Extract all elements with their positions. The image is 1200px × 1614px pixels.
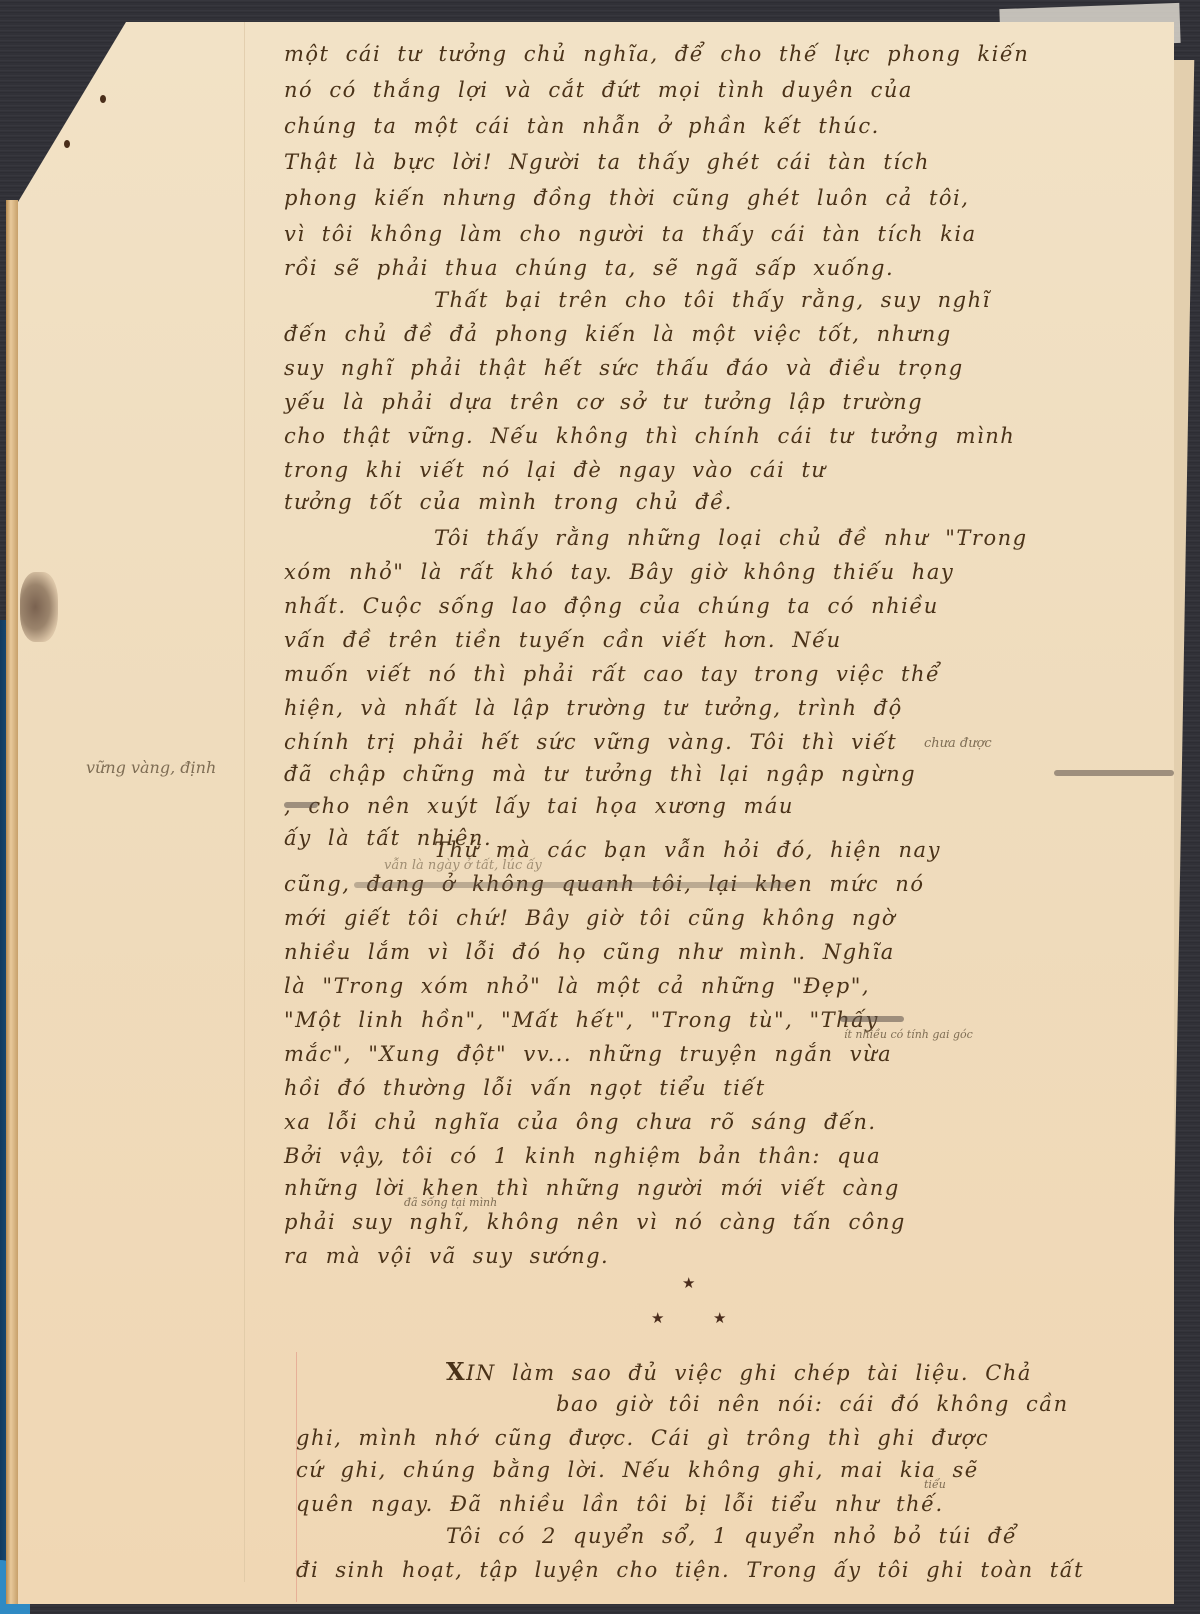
- drop-initial: X: [446, 1357, 466, 1386]
- text-line: đã chập chững mà tư tưởng thì lại ngập n…: [284, 764, 916, 785]
- text-line: phải suy nghĩ, không nên vì nó càng tấn …: [284, 1212, 906, 1233]
- text-line: đi sinh hoạt, tập luyện cho tiện. Trong …: [296, 1560, 1084, 1581]
- text-line: Thất bại trên cho tôi thấy rằng, suy ngh…: [434, 290, 991, 311]
- fold-line: [244, 22, 245, 1582]
- pin-hole: [64, 140, 70, 148]
- text-line: vấn đề trên tiền tuyến cần viết hơn. Nếu: [284, 630, 842, 651]
- text-line: , cho nên xuýt lấy tai họa xương máu: [284, 796, 794, 817]
- strikethrough: [354, 882, 794, 888]
- binding-strip: [6, 200, 18, 1604]
- text-line: nhất. Cuộc sống lao động của chúng ta có…: [284, 596, 939, 617]
- text-line: chúng ta một cái tàn nhẫn ở phần kết thú…: [284, 116, 880, 137]
- text-line: là "Trong xóm nhỏ" là một cả những "Đẹp"…: [284, 976, 870, 997]
- text-line: Tôi thấy rằng những loại chủ đề như "Tro…: [434, 528, 1028, 549]
- text-line: đến chủ đề đả phong kiến là một việc tốt…: [284, 324, 952, 345]
- margin-note: vững vàng, định: [86, 758, 216, 777]
- strikethrough: [284, 802, 318, 808]
- text-line: những lời khen thì những người mới viết …: [284, 1178, 900, 1199]
- insertion-note: chưa được: [924, 736, 992, 751]
- text-line: "Một linh hồn", "Mất hết", "Trong tù", "…: [284, 1010, 879, 1031]
- manuscript-page: một cái tư tưởng chủ nghĩa, để cho thế l…: [6, 22, 1174, 1604]
- text-line: rồi sẽ phải thua chúng ta, sẽ ngã sấp xu…: [284, 258, 894, 279]
- text-line: mắc", "Xung đột" vv... những truyện ngắn…: [284, 1044, 892, 1065]
- star-icon: ★: [682, 1276, 695, 1291]
- text-line: phong kiến nhưng đồng thời cũng ghét luô…: [284, 188, 969, 209]
- text-line: xóm nhỏ" là rất khó tay. Bây giờ không t…: [284, 562, 954, 583]
- text-line: ra mà vội vã suy sướng.: [284, 1246, 609, 1267]
- strikethrough: [840, 1016, 904, 1022]
- insertion-note: ít nhiều có tính gai góc: [844, 1028, 973, 1041]
- text-line: bao giờ tôi nên nói: cái đó không cần: [556, 1394, 1069, 1415]
- text-line: suy nghĩ phải thật hết sức thấu đáo và đ…: [284, 358, 964, 379]
- insertion-note: tiểu: [924, 1478, 946, 1491]
- text-line: quên ngay. Đã nhiều lần tôi bị lỗi tiểu …: [296, 1494, 944, 1515]
- star-icon: ★: [713, 1311, 726, 1326]
- text-line: Bởi vậy, tôi có 1 kinh nghiệm bản thân: …: [284, 1146, 881, 1167]
- text-line: cứ ghi, chúng bằng lời. Nếu không ghi, m…: [296, 1460, 979, 1481]
- text-line: tưởng tốt của mình trong chủ đề.: [284, 492, 733, 513]
- text-line: cho thật vững. Nếu không thì chính cái t…: [284, 426, 1015, 447]
- text-line: nhiều lắm vì lỗi đó họ cũng như mình. Ng…: [284, 942, 895, 963]
- pin-hole: [100, 95, 106, 103]
- text-line: yếu là phải dựa trên cơ sở tư tưởng lập …: [284, 392, 923, 413]
- text-line: chính trị phải hết sức vững vàng. Tôi th…: [284, 732, 897, 753]
- text-line: muốn viết nó thì phải rất cao tay trong …: [284, 664, 940, 685]
- text-line: hiện, và nhất là lập trường tư tưởng, tr…: [284, 698, 903, 719]
- strikethrough: [1054, 770, 1174, 776]
- text-line: Tôi có 2 quyển sổ, 1 quyển nhỏ bỏ túi để: [446, 1526, 1017, 1547]
- text-line: Thật là bực lời! Người ta thấy ghét cái …: [284, 152, 930, 173]
- text-line: ghi, mình nhớ cũng được. Cái gì trông th…: [296, 1428, 989, 1449]
- text-line: một cái tư tưởng chủ nghĩa, để cho thế l…: [284, 44, 1029, 65]
- text-line: mới giết tôi chứ! Bây giờ tôi cũng không…: [284, 908, 896, 929]
- insertion-note: đã sống tại mình: [404, 1196, 497, 1209]
- insertion-note: vẫn là ngày ở tất, lúc ấy: [384, 858, 542, 873]
- ink-stain: [20, 572, 58, 642]
- text-line: hồi đó thường lỗi vấn ngọt tiểu tiết: [284, 1078, 766, 1099]
- star-icon: ★: [651, 1311, 664, 1326]
- text-line: IN làm sao đủ việc ghi chép tài liệu. Ch…: [466, 1361, 1032, 1385]
- text-line: vì tôi không làm cho người ta thấy cái t…: [284, 224, 977, 245]
- text-line: nó có thắng lợi và cắt đứt mọi tình duyê…: [284, 80, 913, 101]
- text-line: xa lỗi chủ nghĩa của ông chưa rõ sáng đế…: [284, 1112, 877, 1133]
- text-line: trong khi viết nó lại đè ngay vào cái tư: [284, 460, 826, 481]
